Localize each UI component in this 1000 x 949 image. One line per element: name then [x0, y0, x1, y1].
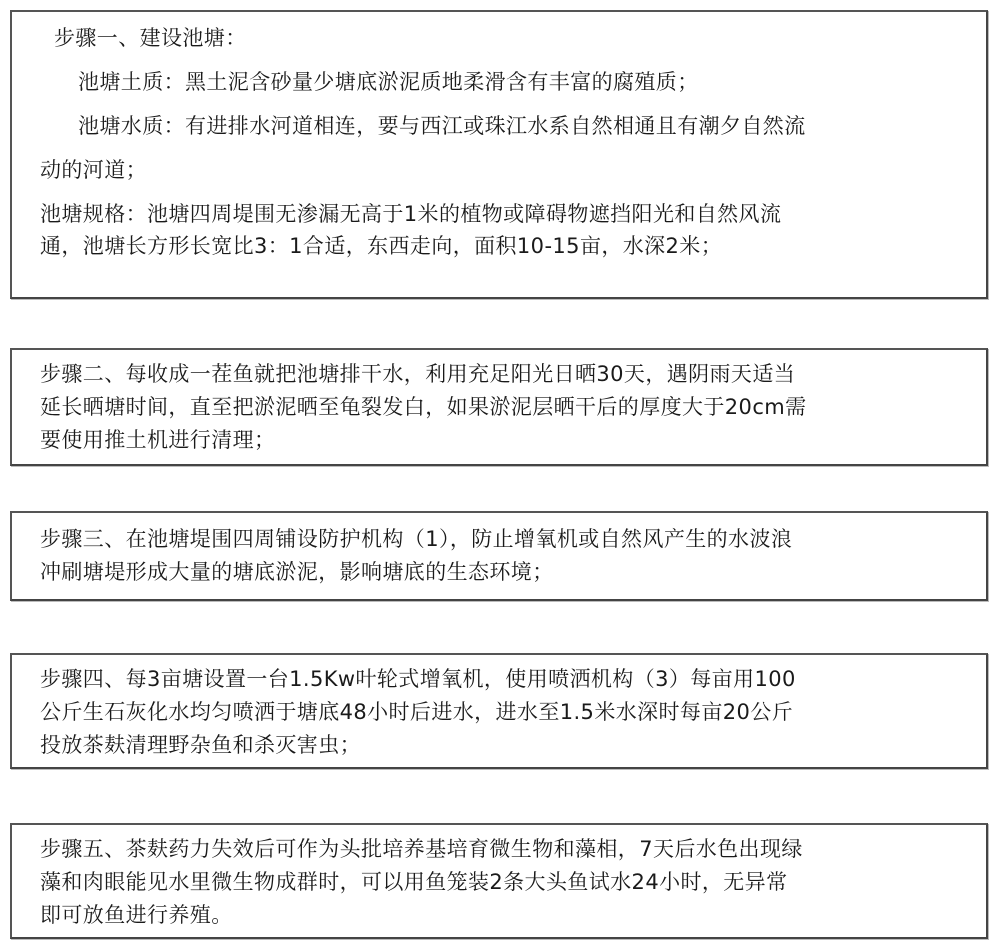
step-4-line-3: 投放茶麸清理野杂鱼和杀灭害虫； — [40, 729, 361, 759]
step-5-line-3: 即可放鱼进行养殖。 — [40, 899, 233, 929]
step-2-line-3: 要使用推土机进行清理； — [40, 424, 275, 454]
step-1-pond-spec: 池塘规格：池塘四周堤围无渗漏无高于1米的植物或障碍物遮挡阳光和自然风流 — [40, 198, 781, 228]
step-5-line-2: 藻和肉眼能见水里微生物成群时，可以用鱼笼装2条大头鱼试水24小时，无异常 — [40, 866, 787, 896]
step-2-box: 步骤二、每收成一茬鱼就把池塘排干水，利用充足阳光日晒30天，遇阴雨天适当 延长晒… — [10, 348, 988, 466]
step-4-box: 步骤四、每3亩塘设置一台1.5Kw叶轮式增氧机，使用喷洒机构（3）每亩用100 … — [10, 653, 988, 769]
step-5-box: 步骤五、茶麸药力失效后可作为头批培养基培育微生物和藻相，7天后水色出现绿 藻和肉… — [10, 823, 988, 939]
step-1-water-quality-cont: 动的河道； — [40, 154, 147, 184]
step-5-line-1: 步骤五、茶麸药力失效后可作为头批培养基培育微生物和藻相，7天后水色出现绿 — [40, 833, 803, 863]
step-3-line-1: 步骤三、在池塘堤围四周铺设防护机构（1），防止增氧机或自然风产生的水波浪 — [40, 523, 792, 553]
step-3-box: 步骤三、在池塘堤围四周铺设防护机构（1），防止增氧机或自然风产生的水波浪 冲刷塘… — [10, 511, 988, 601]
step-1-water-quality: 池塘水质：有进排水河道相连，要与西江或珠江水系自然相通且有潮夕自然流 — [78, 110, 806, 140]
step-2-line-1: 步骤二、每收成一茬鱼就把池塘排干水，利用充足阳光日晒30天，遇阴雨天适当 — [40, 358, 795, 388]
step-4-line-2: 公斤生石灰化水均匀喷洒于塘底48小时后进水，进水至1.5米水深时每亩20公斤 — [40, 696, 793, 726]
step-4-line-1: 步骤四、每3亩塘设置一台1.5Kw叶轮式增氧机，使用喷洒机构（3）每亩用100 — [40, 663, 796, 693]
step-1-box: 步骤一、建设池塘： 池塘土质：黑土泥含砂量少塘底淤泥质地柔滑含有丰富的腐殖质； … — [10, 10, 988, 299]
step-2-line-2: 延长晒塘时间，直至把淤泥晒至龟裂发白，如果淤泥层晒干后的厚度大于20cm需 — [40, 391, 807, 421]
step-1-title: 步骤一、建设池塘： — [54, 22, 247, 52]
step-3-line-2: 冲刷塘堤形成大量的塘底淤泥，影响塘底的生态环境； — [40, 556, 554, 586]
step-1-pond-spec-cont: 通，池塘长方形长宽比3：1合适，东西走向，面积10-15亩，水深2米； — [40, 230, 722, 260]
step-1-soil-quality: 池塘土质：黑土泥含砂量少塘底淤泥质地柔滑含有丰富的腐殖质； — [78, 66, 699, 96]
